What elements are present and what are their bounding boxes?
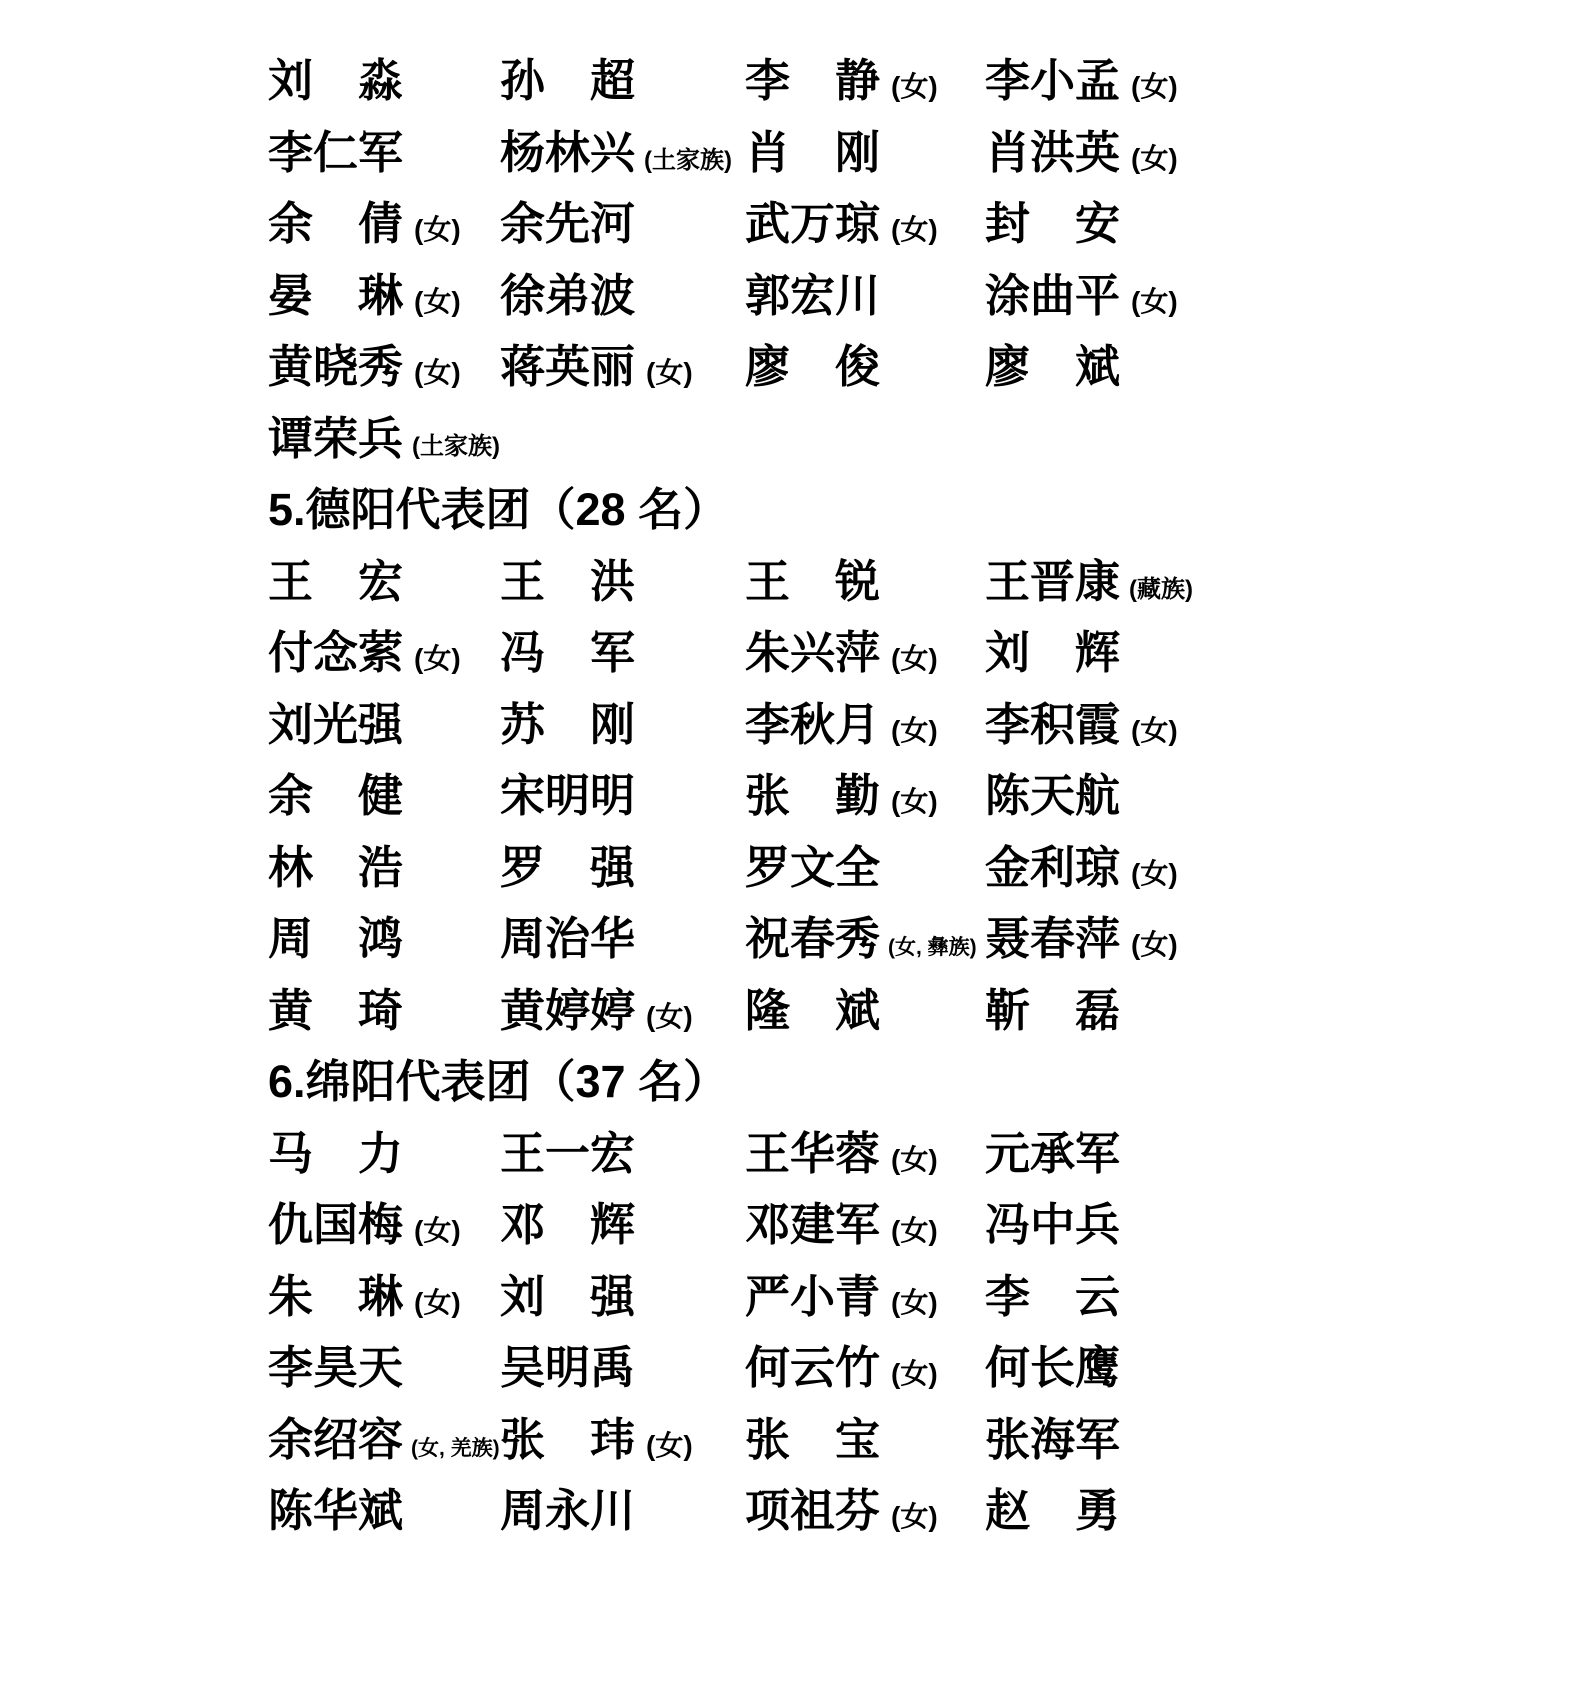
delegate-entry: 元承军 bbox=[985, 1118, 1547, 1190]
delegate-name: 徐弟波 bbox=[500, 260, 635, 332]
delegate-entry: 廖俊 bbox=[745, 331, 985, 403]
delegate-entry: 苏刚 bbox=[500, 689, 745, 761]
delegate-note: (女) bbox=[646, 1001, 693, 1032]
delegate-note: (女, 羌族) bbox=[411, 1437, 500, 1460]
delegate-name: 苏刚 bbox=[500, 689, 635, 761]
delegate-name: 马力 bbox=[268, 1118, 403, 1190]
delegate-entry: 谭荣兵(土家族) bbox=[268, 403, 500, 475]
delegate-name: 周治华 bbox=[500, 903, 635, 975]
delegate-entry: 王一宏 bbox=[500, 1118, 745, 1190]
delegate-name: 李云 bbox=[985, 1261, 1120, 1333]
delegate-note: (女) bbox=[414, 1287, 461, 1318]
delegate-note: (女) bbox=[891, 214, 938, 245]
delegate-note: (女) bbox=[414, 214, 461, 245]
delegate-note: (女) bbox=[414, 1215, 461, 1246]
delegate-name: 张海军 bbox=[985, 1404, 1120, 1476]
delegate-entry: 黄晓秀(女) bbox=[268, 331, 500, 403]
delegate-name: 郭宏川 bbox=[745, 260, 880, 332]
delegate-entry: 靳磊 bbox=[985, 975, 1547, 1047]
delegate-note: (女) bbox=[891, 1144, 938, 1175]
delegate-entry: 余健 bbox=[268, 760, 500, 832]
delegate-name: 肖洪英 bbox=[985, 117, 1120, 189]
delegate-entry: 宋明明 bbox=[500, 760, 745, 832]
delegate-entry: 廖斌 bbox=[985, 331, 1547, 403]
delegate-entry: 张宝 bbox=[745, 1404, 985, 1476]
delegate-entry: 隆斌 bbox=[745, 975, 985, 1047]
delegate-note: (女) bbox=[891, 643, 938, 674]
delegate-entry: 李小孟(女) bbox=[985, 45, 1547, 117]
delegate-name: 王华蓉 bbox=[745, 1118, 880, 1190]
delegate-entry: 周永川 bbox=[500, 1475, 745, 1547]
delegate-entry: 王华蓉(女) bbox=[745, 1118, 985, 1190]
delegate-entry: 李仁军 bbox=[268, 117, 500, 189]
delegate-name: 罗文全 bbox=[745, 832, 880, 904]
delegate-name: 赵勇 bbox=[985, 1475, 1120, 1547]
delegate-name: 仇国梅 bbox=[268, 1189, 403, 1261]
delegate-entry: 祝春秀(女, 彝族) bbox=[745, 903, 985, 975]
delegate-name: 冯军 bbox=[500, 617, 635, 689]
delegate-name-list-page: 刘淼孙超李静(女)李小孟(女)李仁军杨林兴(土家族)肖刚肖洪英(女)余倩(女)余… bbox=[0, 0, 1587, 1701]
section-heading: 5.德阳代表团（28 名） bbox=[268, 474, 1547, 546]
delegate-entry: 李秋月(女) bbox=[745, 689, 985, 761]
delegate-note: (女, 彝族) bbox=[888, 936, 977, 959]
delegate-entry: 刘辉 bbox=[985, 617, 1547, 689]
delegate-entry: 李云 bbox=[985, 1261, 1547, 1333]
delegate-name: 王锐 bbox=[745, 546, 880, 618]
delegate-name: 封安 bbox=[985, 188, 1120, 260]
delegate-entry: 刘淼 bbox=[268, 45, 500, 117]
delegate-entry: 李静(女) bbox=[745, 45, 985, 117]
delegate-entry: 张勤(女) bbox=[745, 760, 985, 832]
delegate-entry: 仇国梅(女) bbox=[268, 1189, 500, 1261]
delegate-name: 黄琦 bbox=[268, 975, 403, 1047]
delegate-name: 周永川 bbox=[500, 1475, 635, 1547]
delegate-entry: 马力 bbox=[268, 1118, 500, 1190]
delegate-entry: 李昊天 bbox=[268, 1332, 500, 1404]
delegate-grid: 马力王一宏王华蓉(女)元承军仇国梅(女)邓辉邓建军(女)冯中兵朱琳(女)刘强严小… bbox=[268, 1118, 1547, 1547]
delegate-name: 朱琳 bbox=[268, 1261, 403, 1333]
delegate-name: 谭荣兵 bbox=[268, 403, 403, 475]
delegate-entry: 涂曲平(女) bbox=[985, 260, 1547, 332]
delegate-entry: 陈天航 bbox=[985, 760, 1547, 832]
delegate-name: 李积霞 bbox=[985, 689, 1120, 761]
delegate-entry: 杨林兴(土家族) bbox=[500, 117, 745, 189]
delegate-entry: 余绍容(女, 羌族) bbox=[268, 1404, 500, 1476]
delegate-name: 王一宏 bbox=[500, 1118, 635, 1190]
delegate-name: 余先河 bbox=[500, 188, 635, 260]
delegate-entry: 聂春萍(女) bbox=[985, 903, 1547, 975]
delegate-entry: 张海军 bbox=[985, 1404, 1547, 1476]
delegate-name: 李静 bbox=[745, 45, 880, 117]
delegate-name: 金利琼 bbox=[985, 832, 1120, 904]
delegate-name: 张宝 bbox=[745, 1404, 880, 1476]
delegate-entry: 何长鹰 bbox=[985, 1332, 1547, 1404]
delegate-note: (女) bbox=[646, 1430, 693, 1461]
delegate-name: 余健 bbox=[268, 760, 403, 832]
delegate-name: 朱兴萍 bbox=[745, 617, 880, 689]
delegate-name: 邓辉 bbox=[500, 1189, 635, 1261]
delegate-name: 余绍容 bbox=[268, 1404, 403, 1476]
delegate-note: (土家族) bbox=[412, 433, 500, 460]
delegate-note: (女) bbox=[891, 786, 938, 817]
delegate-entry: 封安 bbox=[985, 188, 1547, 260]
delegate-entry: 严小青(女) bbox=[745, 1261, 985, 1333]
delegate-name: 王洪 bbox=[500, 546, 635, 618]
delegate-name: 孙超 bbox=[500, 45, 635, 117]
delegate-name: 杨林兴 bbox=[500, 117, 635, 189]
delegate-entry: 赵勇 bbox=[985, 1475, 1547, 1547]
delegate-entry: 周治华 bbox=[500, 903, 745, 975]
delegate-name: 罗强 bbox=[500, 832, 635, 904]
delegate-name: 付念萦 bbox=[268, 617, 403, 689]
delegate-grid: 刘淼孙超李静(女)李小孟(女)李仁军杨林兴(土家族)肖刚肖洪英(女)余倩(女)余… bbox=[268, 45, 1547, 474]
delegate-name: 靳磊 bbox=[985, 975, 1120, 1047]
delegate-entry: 王洪 bbox=[500, 546, 745, 618]
delegate-name: 张勤 bbox=[745, 760, 880, 832]
delegate-name: 祝春秀 bbox=[745, 903, 880, 975]
delegate-note: (女) bbox=[414, 286, 461, 317]
delegate-entry: 李积霞(女) bbox=[985, 689, 1547, 761]
delegate-name: 黄晓秀 bbox=[268, 331, 403, 403]
delegate-entry: 郭宏川 bbox=[745, 260, 985, 332]
delegate-note: (女) bbox=[1131, 143, 1178, 174]
delegate-note: (女) bbox=[891, 1358, 938, 1389]
delegate-name: 周鸿 bbox=[268, 903, 403, 975]
delegate-entry: 罗文全 bbox=[745, 832, 985, 904]
delegate-entry: 朱兴萍(女) bbox=[745, 617, 985, 689]
delegate-entry: 吴明禹 bbox=[500, 1332, 745, 1404]
delegate-entry: 张玮(女) bbox=[500, 1404, 745, 1476]
delegate-entry: 王锐 bbox=[745, 546, 985, 618]
delegate-name: 严小青 bbox=[745, 1261, 880, 1333]
delegate-note: (女) bbox=[414, 357, 461, 388]
delegate-name: 张玮 bbox=[500, 1404, 635, 1476]
delegate-note: (女) bbox=[891, 1215, 938, 1246]
delegate-name: 何长鹰 bbox=[985, 1332, 1120, 1404]
delegate-entry: 项祖芬(女) bbox=[745, 1475, 985, 1547]
delegate-entry: 武万琼(女) bbox=[745, 188, 985, 260]
delegate-entry: 徐弟波 bbox=[500, 260, 745, 332]
delegate-entry: 罗强 bbox=[500, 832, 745, 904]
delegate-name: 聂春萍 bbox=[985, 903, 1120, 975]
delegate-entry: 王晋康(藏族) bbox=[985, 546, 1547, 618]
delegate-entry: 邓建军(女) bbox=[745, 1189, 985, 1261]
delegate-name: 刘辉 bbox=[985, 617, 1120, 689]
delegate-entry: 肖洪英(女) bbox=[985, 117, 1547, 189]
delegate-name: 李小孟 bbox=[985, 45, 1120, 117]
delegate-entry: 何云竹(女) bbox=[745, 1332, 985, 1404]
delegate-grid: 王宏王洪王锐王晋康(藏族)付念萦(女)冯军朱兴萍(女)刘辉刘光强苏刚李秋月(女)… bbox=[268, 546, 1547, 1047]
delegate-entry: 黄婷婷(女) bbox=[500, 975, 745, 1047]
delegate-name: 宋明明 bbox=[500, 760, 635, 832]
delegate-name: 刘强 bbox=[500, 1261, 635, 1333]
delegate-name: 廖俊 bbox=[745, 331, 880, 403]
delegate-name: 武万琼 bbox=[745, 188, 880, 260]
delegate-name: 林浩 bbox=[268, 832, 403, 904]
delegate-note: (女) bbox=[1131, 71, 1178, 102]
delegate-entry: 晏琳(女) bbox=[268, 260, 500, 332]
delegate-name: 刘淼 bbox=[268, 45, 403, 117]
delegate-entry: 陈华斌 bbox=[268, 1475, 500, 1547]
delegate-name: 王宏 bbox=[268, 546, 403, 618]
delegate-note: (女) bbox=[891, 1501, 938, 1532]
delegate-note: (女) bbox=[414, 643, 461, 674]
delegate-entry: 刘光强 bbox=[268, 689, 500, 761]
delegate-entry: 刘强 bbox=[500, 1261, 745, 1333]
delegate-entry: 冯军 bbox=[500, 617, 745, 689]
delegate-entry: 金利琼(女) bbox=[985, 832, 1547, 904]
delegate-name: 李仁军 bbox=[268, 117, 403, 189]
delegate-entry: 蒋英丽(女) bbox=[500, 331, 745, 403]
delegate-note: (女) bbox=[1131, 715, 1178, 746]
delegate-name: 邓建军 bbox=[745, 1189, 880, 1261]
delegate-name: 刘光强 bbox=[268, 689, 403, 761]
delegate-name: 肖刚 bbox=[745, 117, 880, 189]
delegate-name: 廖斌 bbox=[985, 331, 1120, 403]
delegate-entry: 冯中兵 bbox=[985, 1189, 1547, 1261]
delegate-note: (女) bbox=[891, 715, 938, 746]
delegate-name: 王晋康 bbox=[985, 546, 1120, 618]
delegate-name: 晏琳 bbox=[268, 260, 403, 332]
delegate-entry: 孙超 bbox=[500, 45, 745, 117]
delegate-entry: 周鸿 bbox=[268, 903, 500, 975]
delegate-name: 陈天航 bbox=[985, 760, 1120, 832]
delegate-name: 李昊天 bbox=[268, 1332, 403, 1404]
delegate-name: 何云竹 bbox=[745, 1332, 880, 1404]
delegate-note: (土家族) bbox=[644, 147, 732, 174]
delegate-entry: 余倩(女) bbox=[268, 188, 500, 260]
delegate-name: 隆斌 bbox=[745, 975, 880, 1047]
delegate-entry: 黄琦 bbox=[268, 975, 500, 1047]
delegate-note: (藏族) bbox=[1129, 576, 1193, 603]
delegate-entry: 王宏 bbox=[268, 546, 500, 618]
delegate-note: (女) bbox=[1131, 858, 1178, 889]
delegate-name: 冯中兵 bbox=[985, 1189, 1120, 1261]
delegate-note: (女) bbox=[891, 1287, 938, 1318]
delegate-name: 元承军 bbox=[985, 1118, 1120, 1190]
delegate-name: 陈华斌 bbox=[268, 1475, 403, 1547]
delegate-entry: 付念萦(女) bbox=[268, 617, 500, 689]
delegate-name: 黄婷婷 bbox=[500, 975, 635, 1047]
delegate-note: (女) bbox=[1131, 929, 1178, 960]
delegate-name: 蒋英丽 bbox=[500, 331, 635, 403]
delegate-note: (女) bbox=[646, 357, 693, 388]
delegate-name: 涂曲平 bbox=[985, 260, 1120, 332]
document-body: { "page": { "background": "#ffffff", "te… bbox=[0, 0, 1587, 1701]
delegate-note: (女) bbox=[1131, 286, 1178, 317]
delegate-note: (女) bbox=[891, 71, 938, 102]
delegate-name: 项祖芬 bbox=[745, 1475, 880, 1547]
section-heading: 6.绵阳代表团（37 名） bbox=[268, 1046, 1547, 1118]
delegate-entry: 肖刚 bbox=[745, 117, 985, 189]
delegate-name: 李秋月 bbox=[745, 689, 880, 761]
delegate-entry: 余先河 bbox=[500, 188, 745, 260]
delegate-name: 余倩 bbox=[268, 188, 403, 260]
delegate-entry: 林浩 bbox=[268, 832, 500, 904]
delegate-entry: 邓辉 bbox=[500, 1189, 745, 1261]
delegate-name: 吴明禹 bbox=[500, 1332, 635, 1404]
delegate-entry: 朱琳(女) bbox=[268, 1261, 500, 1333]
